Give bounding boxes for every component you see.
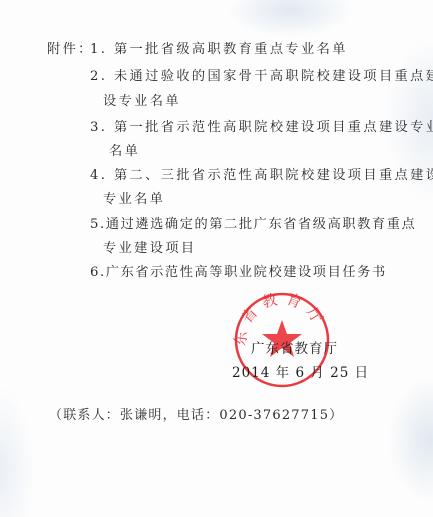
contact-info: （联系人：张谦明，电话：020-37627715） [49, 408, 343, 424]
attachment-item-2: 2. 未通过验收的国家骨干高职院校建设项目重点建 [90, 69, 433, 85]
attachment-item-2-cont: 设专业名单 [103, 94, 181, 110]
attachment-item-6: 6.广东省示范性高等职业院校建设项目任务书 [90, 265, 387, 281]
attachment-item-3: 3. 第一批省示范性高职院校建设项目重点建设专业 [90, 120, 433, 136]
attachment-item-4-cont: 专业名单 [103, 192, 165, 208]
attachment-item-3-cont: 名单 [109, 144, 140, 160]
issue-date: 2014 年 6 月 25 日 [232, 361, 369, 381]
scanned-document-page: 附件： 1. 第一批省级高职教育重点专业名单 2. 未通过验收的国家骨干高职院校… [0, 0, 433, 517]
issuer-name: 广东省教育厅 [251, 337, 338, 357]
attachments-label: 附件： [47, 42, 94, 58]
attachment-item-5: 5.通过遴选确定的第二批广东省省级高职教育重点 [90, 217, 416, 233]
attachment-item-1: 1. 第一批省级高职教育重点专业名单 [90, 42, 348, 58]
attachment-item-5-cont: 专业建设项目 [103, 241, 197, 257]
attachment-item-4: 4. 第二、三批省示范性高职院校建设项目重点建设 [90, 168, 433, 184]
